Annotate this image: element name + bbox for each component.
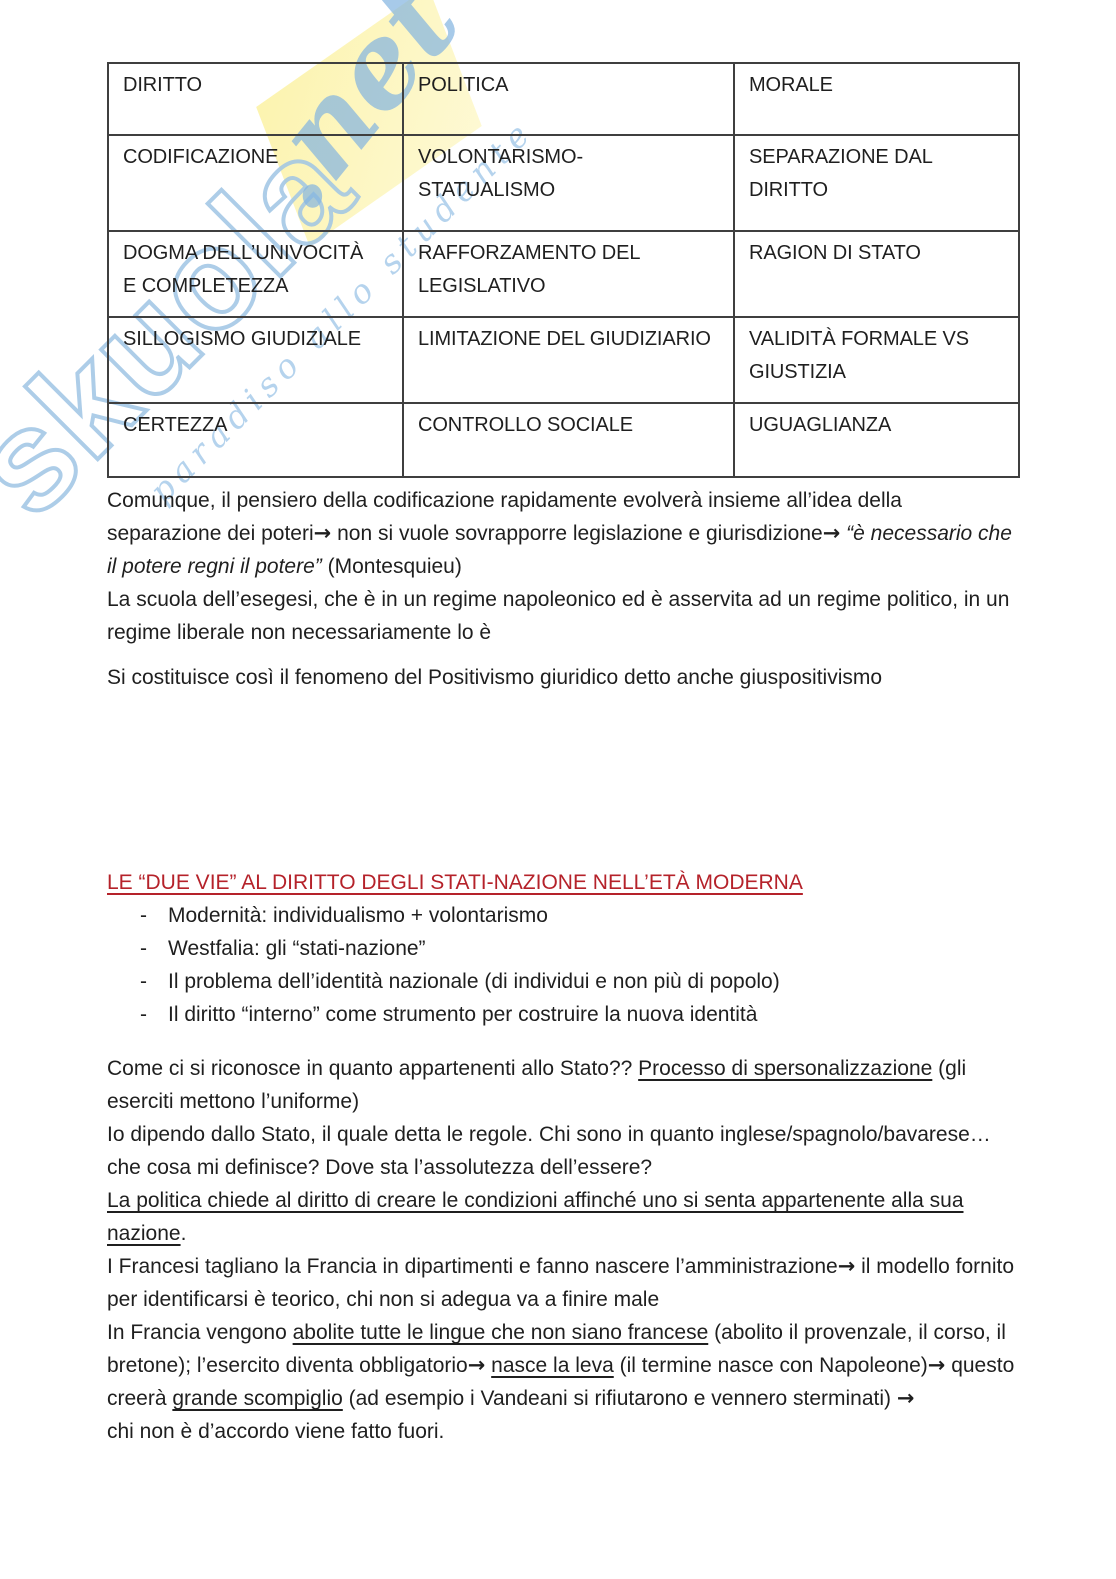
arrow-glyph: → xyxy=(314,521,332,545)
table-header-cell: POLITICA xyxy=(403,63,734,135)
table-cell: SEPARAZIONE DAL DIRITTO xyxy=(734,135,1019,231)
list-item-text: Westfalia: gli “stati-nazione” xyxy=(168,932,426,965)
arrow-glyph: → xyxy=(838,1254,856,1278)
text-run: In Francia vengono xyxy=(107,1321,293,1344)
list-item: -Il problema dell’identità nazionale (di… xyxy=(107,965,1018,998)
paragraph: La politica chiede al diritto di creare … xyxy=(107,1184,1018,1250)
list-item-marker: - xyxy=(140,965,168,998)
text-run: Come ci si riconosce in quanto appartene… xyxy=(107,1057,638,1080)
document-content: DIRITTOPOLITICAMORALE CODIFICAZIONEVOLON… xyxy=(0,0,1116,1448)
text-run: (ad esempio i Vandeani si rifiutarono e … xyxy=(343,1387,897,1410)
paragraph: Come ci si riconosce in quanto appartene… xyxy=(107,1052,1018,1118)
table-row: CERTEZZACONTROLLO SOCIALEUGUAGLIANZA xyxy=(108,403,1019,477)
text-run: La scuola dell’esegesi, che è in un regi… xyxy=(107,588,1009,644)
vertical-spacer xyxy=(107,694,1018,866)
text-run: Processo di spersonalizzazione xyxy=(638,1057,932,1080)
paragraph: Io dipendo dallo Stato, il quale detta l… xyxy=(107,1118,1018,1184)
table-cell: VALIDITÀ FORMALE VS GIUSTIZIA xyxy=(734,317,1019,403)
table-cell: UGUAGLIANZA xyxy=(734,403,1019,477)
arrow-glyph: → xyxy=(823,521,841,545)
text-run: abolite tutte le lingue che non siano fr… xyxy=(293,1321,709,1344)
table-header-row: DIRITTOPOLITICAMORALE xyxy=(108,63,1019,135)
section-heading: LE “DUE VIE” AL DIRITTO DEGLI STATI-NAZI… xyxy=(107,866,1018,899)
arrow-glyph: → xyxy=(897,1386,915,1410)
table-row: CODIFICAZIONEVOLONTARISMO- STATUALISMOSE… xyxy=(108,135,1019,231)
text-run: chi non è d’accordo viene fatto fuori. xyxy=(107,1420,444,1443)
paragraph: In Francia vengono abolite tutte le ling… xyxy=(107,1316,1018,1415)
document-page: skuola .net paradiso allo studente DIRIT… xyxy=(0,0,1116,1579)
list-item-marker: - xyxy=(140,998,168,1031)
text-run: La politica chiede al diritto di creare … xyxy=(107,1189,964,1245)
text-run: Io dipendo dallo Stato, il quale detta l… xyxy=(107,1123,991,1179)
concepts-table: DIRITTOPOLITICAMORALE CODIFICAZIONEVOLON… xyxy=(107,62,1020,478)
table-row: SILLOGISMO GIUDIZIALELIMITAZIONE DEL GIU… xyxy=(108,317,1019,403)
table-header-cell: DIRITTO xyxy=(108,63,403,135)
textblock-bottom: Come ci si riconosce in quanto appartene… xyxy=(107,1052,1018,1448)
list-item-text: Il diritto “interno” come strumento per … xyxy=(168,998,757,1031)
table-cell: RAGION DI STATO xyxy=(734,231,1019,317)
paragraph: Comunque, il pensiero della codificazion… xyxy=(107,484,1018,583)
table-body: CODIFICAZIONEVOLONTARISMO- STATUALISMOSE… xyxy=(108,135,1019,477)
text-run: non si vuole sovrapporre legislazione e … xyxy=(331,522,822,545)
text-run: . xyxy=(181,1222,187,1245)
list-item: -Modernità: individualismo + volontarism… xyxy=(107,899,1018,932)
table-cell: CERTEZZA xyxy=(108,403,403,477)
table-cell: SILLOGISMO GIUDIZIALE xyxy=(108,317,403,403)
textblock-top: Comunque, il pensiero della codificazion… xyxy=(107,484,1018,694)
arrow-glyph: → xyxy=(928,1353,946,1377)
list-item-marker: - xyxy=(140,899,168,932)
table-cell: VOLONTARISMO- STATUALISMO xyxy=(403,135,734,231)
text-run: (Montesquieu) xyxy=(322,555,462,578)
text-run: nasce la leva xyxy=(491,1354,614,1377)
table-row: DOGMA DELL’UNIVOCITÀ E COMPLETEZZARAFFOR… xyxy=(108,231,1019,317)
bullet-list: -Modernità: individualismo + volontarism… xyxy=(107,899,1018,1031)
paragraph: I Francesi tagliano la Francia in dipart… xyxy=(107,1250,1018,1316)
list-item-text: Il problema dell’identità nazionale (di … xyxy=(168,965,780,998)
table-cell: LIMITAZIONE DEL GIUDIZIARIO xyxy=(403,317,734,403)
table-cell: RAFFORZAMENTO DEL LEGISLATIVO xyxy=(403,231,734,317)
table-cell: DOGMA DELL’UNIVOCITÀ E COMPLETEZZA xyxy=(108,231,403,317)
table-cell: CONTROLLO SOCIALE xyxy=(403,403,734,477)
table-cell: CODIFICAZIONE xyxy=(108,135,403,231)
paragraph: La scuola dell’esegesi, che è in un regi… xyxy=(107,583,1018,649)
paragraph: chi non è d’accordo viene fatto fuori. xyxy=(107,1415,1018,1448)
table-header-cell: MORALE xyxy=(734,63,1019,135)
list-item: -Il diritto “interno” come strumento per… xyxy=(107,998,1018,1031)
list-item: -Westfalia: gli “stati-nazione” xyxy=(107,932,1018,965)
text-run: (il termine nasce con Napoleone) xyxy=(614,1354,928,1377)
text-run: I Francesi tagliano la Francia in dipart… xyxy=(107,1255,838,1278)
list-item-marker: - xyxy=(140,932,168,965)
paragraph: Si costituisce così il fenomeno del Posi… xyxy=(107,661,1018,694)
list-item-text: Modernità: individualismo + volontarismo xyxy=(168,899,548,932)
arrow-glyph: → xyxy=(468,1353,486,1377)
text-run: grande scompiglio xyxy=(172,1387,342,1410)
text-run: Si costituisce così il fenomeno del Posi… xyxy=(107,666,882,689)
